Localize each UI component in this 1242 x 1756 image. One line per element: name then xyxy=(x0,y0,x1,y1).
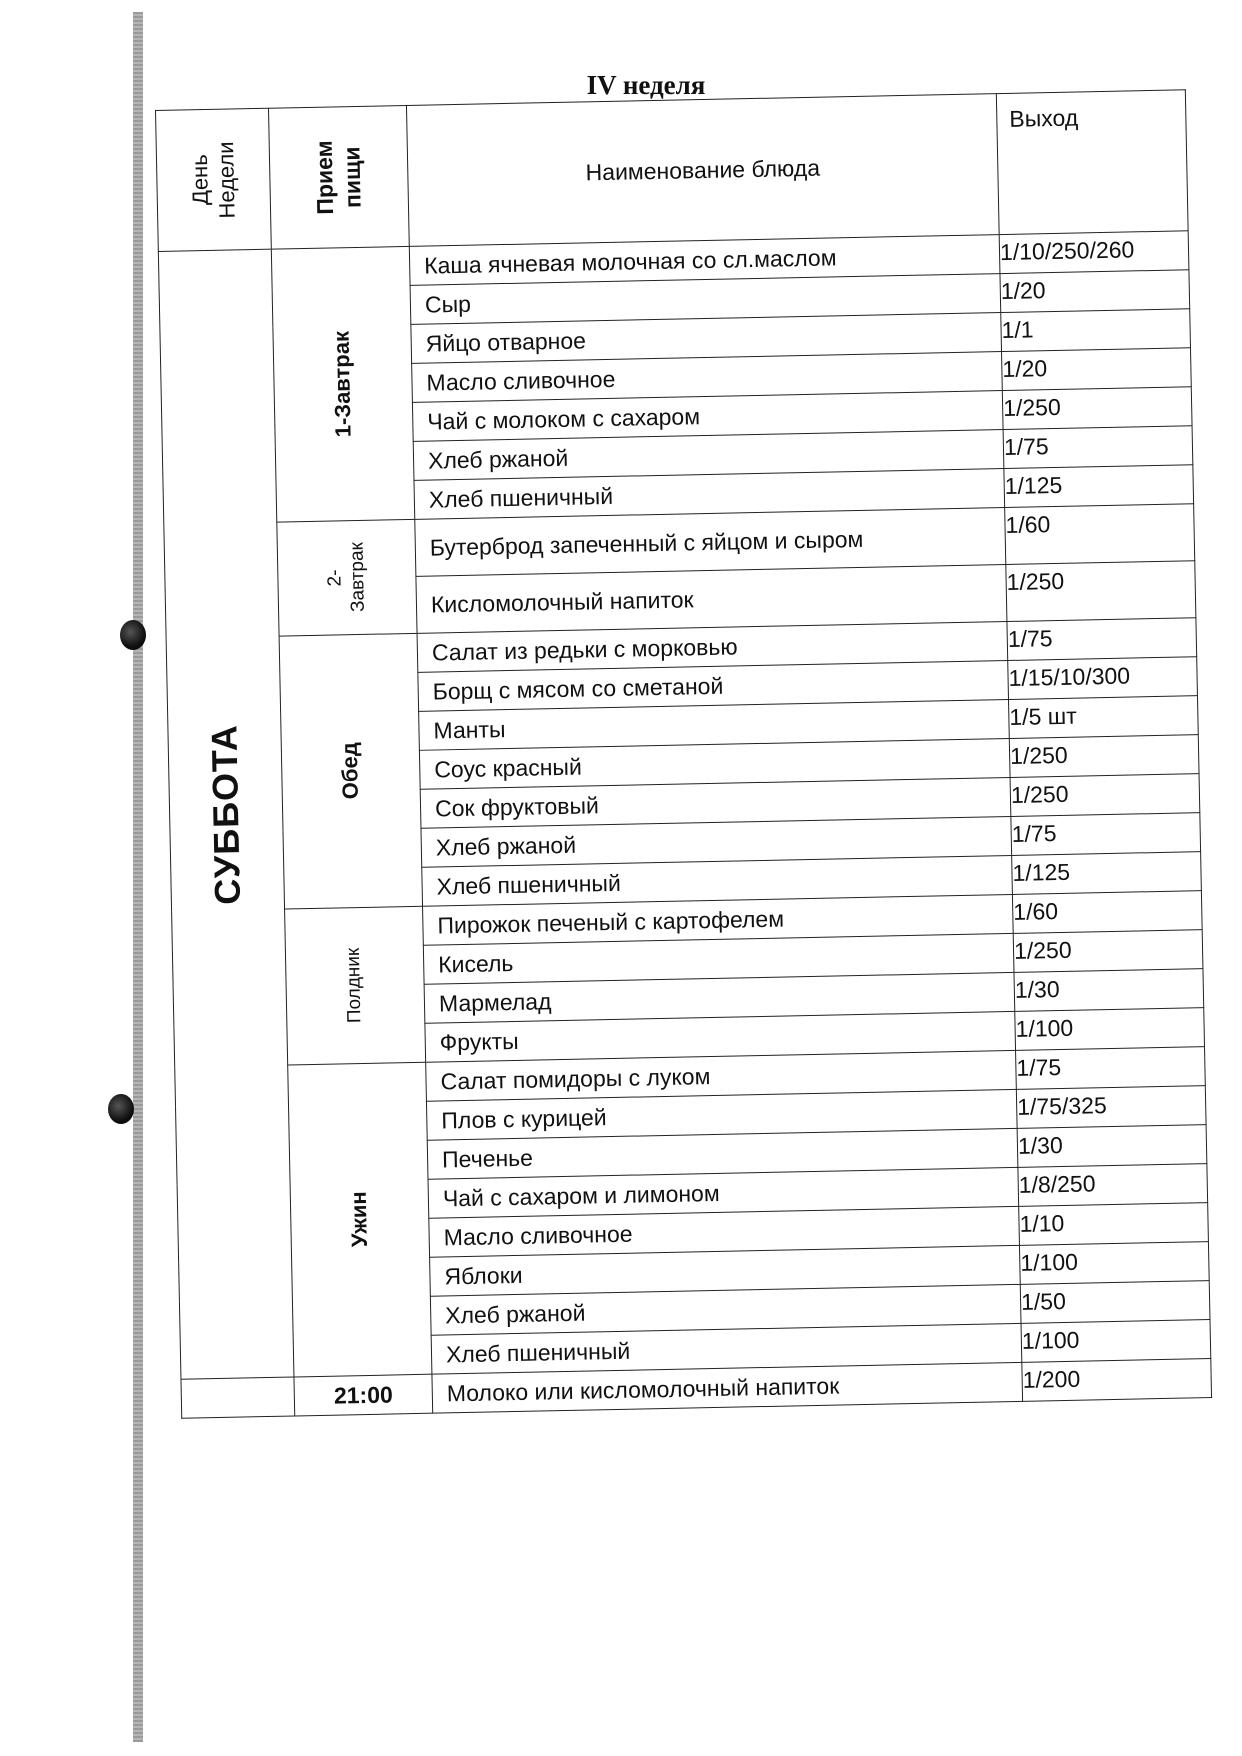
punch-hole xyxy=(108,1094,134,1124)
dish-output: 1/125 xyxy=(1004,465,1194,508)
meal-cell: Ужин xyxy=(288,1062,432,1377)
dish-output: 1/15/10/300 xyxy=(1008,657,1198,700)
dish-output: 1/250 xyxy=(1006,561,1196,622)
dish-output: 1/100 xyxy=(1021,1320,1211,1363)
binding-edge xyxy=(133,12,143,1742)
dish-output: 1/20 xyxy=(1000,270,1190,313)
menu-body: СУББОТА1-ЗавтракКаша ячневая молочная со… xyxy=(158,231,1211,1418)
dish-output: 1/30 xyxy=(1017,1125,1207,1168)
meal-label: Ужин xyxy=(344,1068,376,1371)
punch-hole xyxy=(120,620,146,650)
dish-output: 1/75 xyxy=(1007,618,1197,661)
header-day: День Недели xyxy=(156,108,272,251)
dish-output: 1/75 xyxy=(1003,426,1193,469)
header-dish: Наименование блюда xyxy=(406,94,999,247)
meal-cell: 2- Завтрак xyxy=(277,519,417,636)
day-cell: СУББОТА xyxy=(158,249,294,1379)
meal-label: 1-Завтрак xyxy=(327,252,359,516)
header-output: Выход xyxy=(996,90,1188,235)
dish-output: 1/250 xyxy=(1009,735,1199,778)
dish-output: 1/60 xyxy=(1012,891,1202,934)
meal-cell: Полдник xyxy=(285,906,426,1065)
dish-output: 1/100 xyxy=(1019,1242,1209,1285)
menu-table: День Недели Прием пищи Наименование блюд… xyxy=(155,89,1212,1418)
dish-output: 1/75 xyxy=(1011,813,1201,856)
header-day-label: День Недели xyxy=(186,120,241,239)
dish-output: 1/10 xyxy=(1019,1203,1209,1246)
dish-output: 1/75 xyxy=(1016,1047,1206,1090)
meal-cell: Обед xyxy=(279,633,422,909)
late-time: 21:00 xyxy=(294,1374,433,1416)
dish-output: 1/250 xyxy=(1010,774,1200,817)
dish-output: 1/20 xyxy=(1002,348,1192,391)
dish-output: 1/250 xyxy=(1013,930,1203,973)
meal-label: 2- Завтрак xyxy=(323,525,371,631)
dish-output: 1/5 шт xyxy=(1009,696,1199,739)
meal-cell: 1-Завтрак xyxy=(271,246,414,522)
dish-output: 1/50 xyxy=(1020,1281,1210,1324)
dish-output: 1/75/325 xyxy=(1016,1086,1206,1129)
dish-output: 1/100 xyxy=(1015,1008,1205,1051)
header-meal: Прием пищи xyxy=(268,105,409,249)
header-meal-label: Прием пищи xyxy=(310,118,368,237)
dish-output: 1/8/250 xyxy=(1018,1164,1208,1207)
dish-output: 1/250 xyxy=(1002,387,1192,430)
dish-output: 1/200 xyxy=(1022,1359,1212,1402)
table-header-row: День Недели Прием пищи Наименование блюд… xyxy=(156,90,1189,252)
meal-label: Полдник xyxy=(342,912,368,1059)
empty-day-cell xyxy=(181,1377,295,1418)
dish-output: 1/125 xyxy=(1012,852,1202,895)
meal-label: Обед xyxy=(335,639,367,903)
dish-output: 1/1 xyxy=(1001,309,1191,352)
dish-output: 1/10/250/260 xyxy=(999,231,1189,274)
day-label: СУББОТА xyxy=(193,254,259,1374)
dish-output: 1/30 xyxy=(1014,969,1204,1012)
dish-output: 1/60 xyxy=(1005,504,1195,565)
menu-table-container: День Недели Прием пищи Наименование блюд… xyxy=(155,89,1211,1418)
